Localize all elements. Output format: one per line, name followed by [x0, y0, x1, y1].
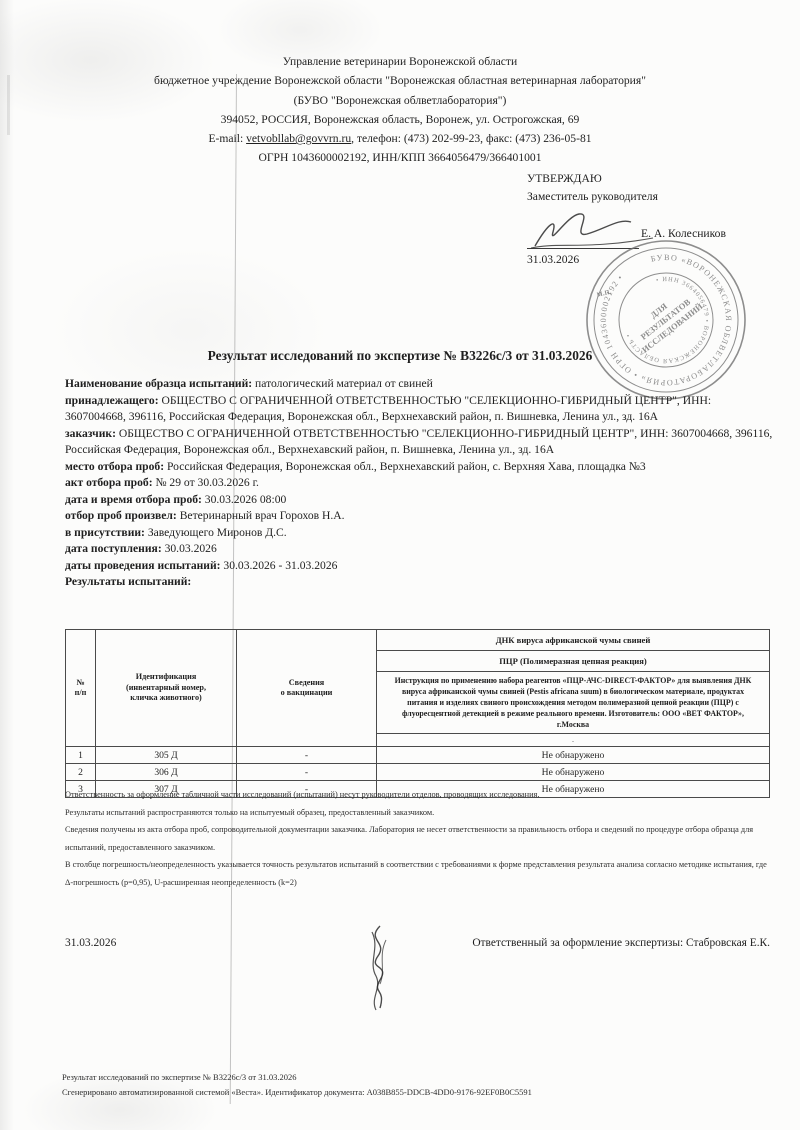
- org-header-address: 394052, РОССИЯ, Воронежская область, Вор…: [40, 110, 760, 129]
- cell-identification: 306 Д: [96, 764, 237, 781]
- method-header-pcr: ПЦР (Полимеразная цепная реакция): [377, 651, 770, 672]
- document-footer: Результат исследований по экспертизе № В…: [62, 1070, 772, 1100]
- detail-value: № 29 от 30.03.2026 г.: [153, 476, 259, 489]
- detail-value: Ветеринарный врач Горохов Н.А.: [177, 509, 345, 522]
- approver-position: Заместитель руководителя: [527, 188, 777, 206]
- footer-expertise-ref: Результат исследований по экспертизе № В…: [62, 1070, 772, 1085]
- detail-sampling-datetime: дата и время отбора проб: 30.03.2026 08:…: [65, 492, 773, 509]
- scanned-document-page: Управление ветеринарии Воронежской облас…: [0, 0, 800, 1130]
- detail-testing-dates: даты проведения испытаний: 30.03.2026 - …: [65, 558, 773, 575]
- footnote: В столбце погрешность/неопределенность у…: [65, 856, 774, 891]
- document-title: Результат исследований по экспертизе № В…: [0, 348, 800, 364]
- detail-label: место отбора проб:: [65, 460, 164, 473]
- org-header-line-3: (БУВО "Воронежская облветлаборатория"): [40, 91, 760, 110]
- footer-generated-by: Сгенерировано автоматизированной системо…: [62, 1085, 772, 1100]
- org-header-ogrn-inn: ОГРН 1043600002192, ИНН/КПП 3664056479/3…: [40, 148, 760, 167]
- column-header-identification: Идентификация (инвентарный номер, кличка…: [96, 630, 237, 747]
- detail-label: Наименование образца испытаний:: [65, 377, 252, 390]
- detail-label: отбор проб произвел:: [65, 509, 177, 522]
- detail-value: Заведующего Миронов Д.С.: [145, 526, 287, 539]
- cell-vaccination: -: [237, 747, 377, 764]
- detail-label: даты проведения испытаний:: [65, 559, 221, 572]
- cell-identification: 305 Д: [96, 747, 237, 764]
- detail-label: акт отбора проб:: [65, 476, 153, 489]
- scan-smudge: [7, 75, 10, 135]
- detail-sampling-act: акт отбора проб: № 29 от 30.03.2026 г.: [65, 475, 773, 492]
- detail-value: ОБЩЕСТВО С ОГРАНИЧЕННОЙ ОТВЕТСТВЕННОСТЬЮ…: [65, 394, 711, 424]
- detail-label: Результаты испытаний:: [65, 575, 191, 588]
- detail-sample-name: Наименование образца испытаний: патологи…: [65, 376, 773, 393]
- results-table: № п/п Идентификация (инвентарный номер, …: [65, 629, 770, 798]
- column-header-number: № п/п: [66, 630, 96, 747]
- cell-result: Не обнаружено: [377, 764, 770, 781]
- email-label: E-mail:: [208, 132, 246, 145]
- cell-number: 1: [66, 747, 96, 764]
- signoff-date: 31.03.2026: [65, 937, 116, 949]
- footnote: Сведения получены из акта отбора проб, с…: [65, 821, 774, 856]
- detail-received-date: дата поступления: 30.03.2026: [65, 541, 773, 558]
- detail-value: Российская Федерация, Воронежская обл., …: [164, 460, 646, 473]
- sample-details: Наименование образца испытаний: патологи…: [65, 376, 773, 591]
- detail-label: заказчик:: [65, 427, 116, 440]
- approve-word: УТВЕРЖДАЮ: [527, 170, 777, 188]
- detail-sampler: отбор проб произвел: Ветеринарный врач Г…: [65, 508, 773, 525]
- detail-sampling-place: место отбора проб: Российская Федерация,…: [65, 459, 773, 476]
- table-row: 1 305 Д - Не обнаружено: [66, 747, 770, 764]
- footnote: Результаты испытаний распространяются то…: [65, 804, 774, 822]
- detail-label: дата поступления:: [65, 542, 162, 555]
- detail-value: 30.03.2026: [162, 542, 217, 555]
- detail-label: дата и время отбора проб:: [65, 493, 202, 506]
- table-row: 2 306 Д - Не обнаружено: [66, 764, 770, 781]
- cell-number: 2: [66, 764, 96, 781]
- method-header-disease: ДНК вируса африканской чумы свиней: [377, 630, 770, 651]
- cell-result: Не обнаружено: [377, 747, 770, 764]
- detail-value: 30.03.2026 08:00: [202, 493, 286, 506]
- org-header-contacts: E-mail: vetvobllab@govvrn.ru, телефон: (…: [40, 129, 760, 148]
- detail-label: в присутствии:: [65, 526, 145, 539]
- detail-label: принадлежащего:: [65, 394, 159, 407]
- responsible-for-report: Ответственный за оформление экспертизы: …: [472, 937, 770, 949]
- org-header-line-1: Управление ветеринарии Воронежской облас…: [40, 52, 760, 71]
- org-header-line-2: бюджетное учреждение Воронежской области…: [40, 71, 760, 90]
- method-header-instruction: Инструкция по применению набора реагенто…: [377, 672, 770, 734]
- detail-value: патологический материал от свиней: [252, 377, 433, 390]
- detail-value: 30.03.2026 - 31.03.2026: [221, 559, 338, 572]
- email-link: vetvobllab@govvrn.ru: [246, 132, 351, 145]
- organization-header: Управление ветеринарии Воронежской облас…: [40, 52, 760, 168]
- detail-owner: принадлежащего: ОБЩЕСТВО С ОГРАНИЧЕННОЙ …: [65, 393, 773, 426]
- detail-witness: в присутствии: Заведующего Миронов Д.С.: [65, 525, 773, 542]
- footnotes: Ответственность за оформление табличной …: [65, 786, 774, 892]
- detail-customer: заказчик: ОБЩЕСТВО С ОГРАНИЧЕННОЙ ОТВЕТС…: [65, 426, 773, 459]
- results-section-label: Результаты испытаний:: [65, 574, 773, 591]
- phone-fax-text: , телефон: (473) 202-99-23, факс: (473) …: [351, 132, 591, 145]
- column-header-vaccination: Сведения о вакцинации: [237, 630, 377, 747]
- responsible-signature-icon: [350, 922, 404, 1014]
- detail-value: ОБЩЕСТВО С ОГРАНИЧЕННОЙ ОТВЕТСТВЕННОСТЬЮ…: [65, 427, 772, 457]
- cell-vaccination: -: [237, 764, 377, 781]
- footnote: Ответственность за оформление табличной …: [65, 786, 774, 804]
- method-header-empty: .: [377, 734, 770, 747]
